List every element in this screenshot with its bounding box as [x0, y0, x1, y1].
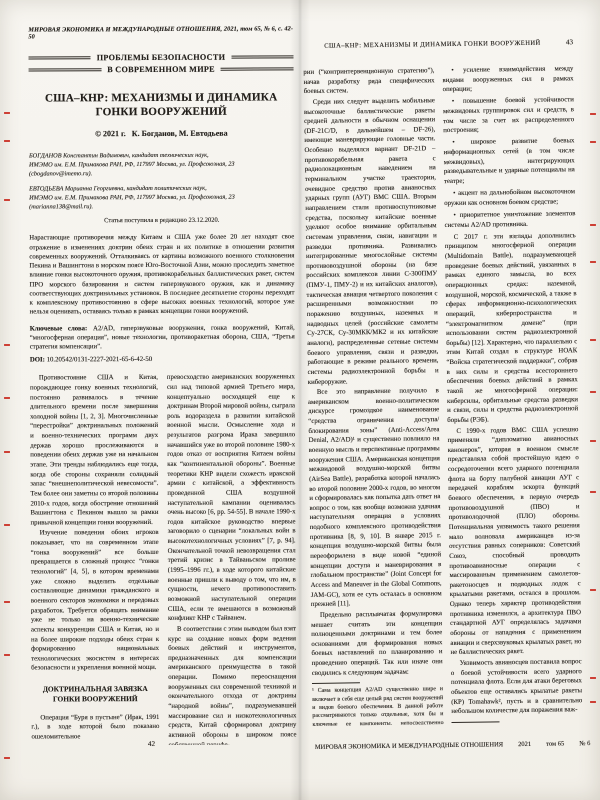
- red-scan-mark: [4, 112, 10, 114]
- red-scan-mark: [590, 677, 596, 679]
- body-paragraph: Противостояние США и Китая, порождающее …: [30, 373, 159, 528]
- body-paragraph: Предельно расплывчатая формулировка меша…: [311, 609, 443, 678]
- rubric-row-2: В СОВРЕМЕННОМ МИРЕ: [29, 64, 294, 74]
- body-paragraph: Среди них следует выделить мобильные выс…: [304, 96, 439, 387]
- rubric-line-1: ПРОБЛЕМЫ БЕЗОПАСНОСТИ: [97, 53, 226, 63]
- red-scan-mark: [4, 199, 10, 201]
- page-43: США–КНР: МЕХАНИЗМЫ И ДИНАМИКА ГОНКИ ВООР…: [300, 0, 600, 800]
- section-rubric: ПРОБЛЕМЫ БЕЗОПАСНОСТИ В СОВРЕМЕННОМ МИРЕ: [28, 52, 293, 74]
- body-paragraph: С 1990-х годов ВМС США успешно применяли…: [447, 425, 581, 658]
- red-scan-mark: [590, 589, 596, 591]
- footnote-block-2: ² Противокорабельная версия КР Tomahawk …: [451, 716, 582, 724]
- body-paragraph: Операция “Буря в пустыне” (Ирак, 1991 г.…: [31, 713, 159, 742]
- bullet-item: • приоритетное уничтожение элементов сис…: [444, 209, 575, 230]
- footer-issue: № 6: [579, 740, 590, 747]
- abstract: Нарастающие противоречия между Китаем и …: [29, 233, 294, 317]
- affiliation-author-2: ЕВТОДЬЕВА Марианна Георгиевна, кандидат …: [29, 183, 294, 212]
- red-scan-mark: [4, 757, 10, 759]
- affiliation-author-1: БОГДАНОВ Константин Вадимович, кандидат …: [29, 150, 294, 179]
- footer-journal-name: МИРОВАЯ ЭКОНОМИКА И МЕЖДУНАРОДНЫЕ ОТНОШЕ…: [315, 741, 503, 751]
- body-paragraph: С 2017 г. эти взгляды дополнились принци…: [445, 231, 579, 426]
- red-scan-mark: [4, 344, 10, 346]
- doi-value: 10.20542/0131-2227-2021-65-6-42-50: [45, 356, 152, 363]
- column-2-p43: • усиление взаимодействия между видами в…: [442, 64, 582, 724]
- rubric-rule: [29, 56, 91, 59]
- article-title: США–КНР: МЕХАНИЗМЫ И ДИНАМИКА ГОНКИ ВООР…: [29, 90, 294, 120]
- rubric-rule: [231, 55, 293, 58]
- body-paragraph: рии (“контринтервенционную стратегию”), …: [303, 66, 434, 97]
- body-columns-p43: рии (“контринтервенционную стратегию”), …: [303, 64, 582, 726]
- red-scan-mark: [590, 491, 596, 493]
- red-scan-mark: [590, 141, 596, 143]
- journal-footer: МИРОВАЯ ЭКОНОМИКА И МЕЖДУНАРОДНЫЕ ОТНОШЕ…: [315, 740, 583, 751]
- red-scan-mark: [4, 451, 10, 453]
- red-scan-mark: [4, 140, 10, 142]
- keywords-label: Ключевые слова:: [30, 325, 88, 332]
- body-paragraph: Уязвимость авианосцев поставила вопрос о…: [451, 657, 583, 717]
- bullet-item: • широкое развитие боевых информационных…: [443, 137, 575, 187]
- section-heading: ДОКТРИНАЛЬНАЯ ЗАВЯЗКА ГОНКИ ВООРУЖЕНИЙ: [31, 684, 159, 705]
- page-42: МИРОВАЯ ЭКОНОМИКА И МЕЖДУНАРОДНЫЕ ОТНОШЕ…: [0, 0, 300, 800]
- rubric-rule: [221, 67, 294, 70]
- bullet-item: • усиление взаимодействия между видами в…: [442, 64, 573, 95]
- red-scan-mark: [590, 113, 596, 115]
- red-scan-mark: [590, 440, 596, 442]
- journal-spread-scan: МИРОВАЯ ЭКОНОМИКА И МЕЖДУНАРОДНЫЕ ОТНОШЕ…: [0, 0, 600, 800]
- red-scan-mark: [4, 601, 10, 603]
- received-date-line: Статья поступила в редакцию 23.12.2020.: [29, 217, 294, 225]
- page-number-42: 42: [1, 739, 301, 748]
- column-2-p42: превосходство американских вооруженных с…: [167, 373, 297, 746]
- body-paragraph: Все это направление получило в американс…: [308, 386, 442, 610]
- red-scan-mark: [590, 339, 596, 341]
- rubric-rule: [29, 68, 102, 71]
- red-scan-mark: [4, 397, 10, 399]
- footnote-rule: [312, 683, 360, 685]
- body-paragraph: В соответствии с этим выводом был взят к…: [168, 624, 297, 745]
- running-header-title: США–КНР: МЕХАНИЗМЫ И ДИНАМИКА ГОНКИ ВООР…: [303, 39, 562, 50]
- body-paragraph: Изучение поведения обоих игроков показыв…: [31, 528, 160, 673]
- column-1-p43: рии (“контринтервенционную стратегию”), …: [303, 66, 443, 726]
- affiliation-2-org: ИМЭМО им. Е.М. Примакова РАН, РФ, 117997…: [29, 193, 294, 212]
- footnote-block-1: ¹ Сама концепция A2/AD существенно шире …: [312, 677, 444, 725]
- running-header: США–КНР: МЕХАНИЗМЫ И ДИНАМИКА ГОНКИ ВООР…: [303, 38, 573, 50]
- doi-label: DOI:: [30, 357, 45, 364]
- bullet-item: • акцент на дальнобойном высокоточном ор…: [444, 187, 575, 208]
- column-1-p42: Противостояние США и Китая, порождающее …: [30, 373, 160, 746]
- footnote-rule: [451, 721, 499, 723]
- article-title-line1: США–КНР: МЕХАНИЗМЫ И ДИНАМИКА: [45, 91, 277, 104]
- red-scan-mark: [4, 654, 10, 656]
- body-columns-p42: Противостояние США и Китая, порождающее …: [30, 373, 297, 746]
- affiliation-1-org: ИМЭМО им. Е.М. Примакова РАН, РФ, 117997…: [29, 159, 294, 178]
- section-heading-line1: ДОКТРИНАЛЬНАЯ ЗАВЯЗКА: [43, 684, 148, 693]
- red-scan-mark: [590, 261, 596, 263]
- page-number-43: 43: [566, 38, 573, 46]
- red-scan-mark: [590, 224, 596, 226]
- body-paragraph: превосходство американских вооруженных с…: [167, 373, 296, 624]
- red-scan-mark: [4, 524, 10, 526]
- rubric-line-2: В СОВРЕМЕННОМ МИРЕ: [107, 65, 215, 74]
- article-title-line2: ГОНКИ ВООРУЖЕНИЙ: [96, 106, 227, 119]
- red-scan-mark: [590, 391, 596, 393]
- footer-year: 2021: [518, 741, 531, 748]
- footnote-1: ¹ Сама концепция A2/AD существенно шире …: [312, 685, 444, 725]
- rubric-row-1: ПРОБЛЕМЫ БЕЗОПАСНОСТИ: [28, 52, 293, 62]
- section-heading-line2: ГОНКИ ВООРУЖЕНИЙ: [53, 694, 138, 703]
- red-scan-mark: [590, 701, 596, 703]
- doi-line: DOI: 10.20542/0131-2227-2021-65-6-42-50: [30, 356, 295, 364]
- bullet-item: • повышение боевой устойчивости межвидов…: [443, 96, 575, 136]
- footer-volume: том 65: [546, 740, 564, 747]
- byline: © 2021 г. К. Богданов, М. Евтодьева: [29, 128, 294, 138]
- journal-citation-header: МИРОВАЯ ЭКОНОМИКА И МЕЖДУНАРОДНЫЕ ОТНОШЕ…: [28, 25, 293, 40]
- keywords: Ключевые слова: A2/AD, гиперзвуковые воо…: [30, 323, 295, 352]
